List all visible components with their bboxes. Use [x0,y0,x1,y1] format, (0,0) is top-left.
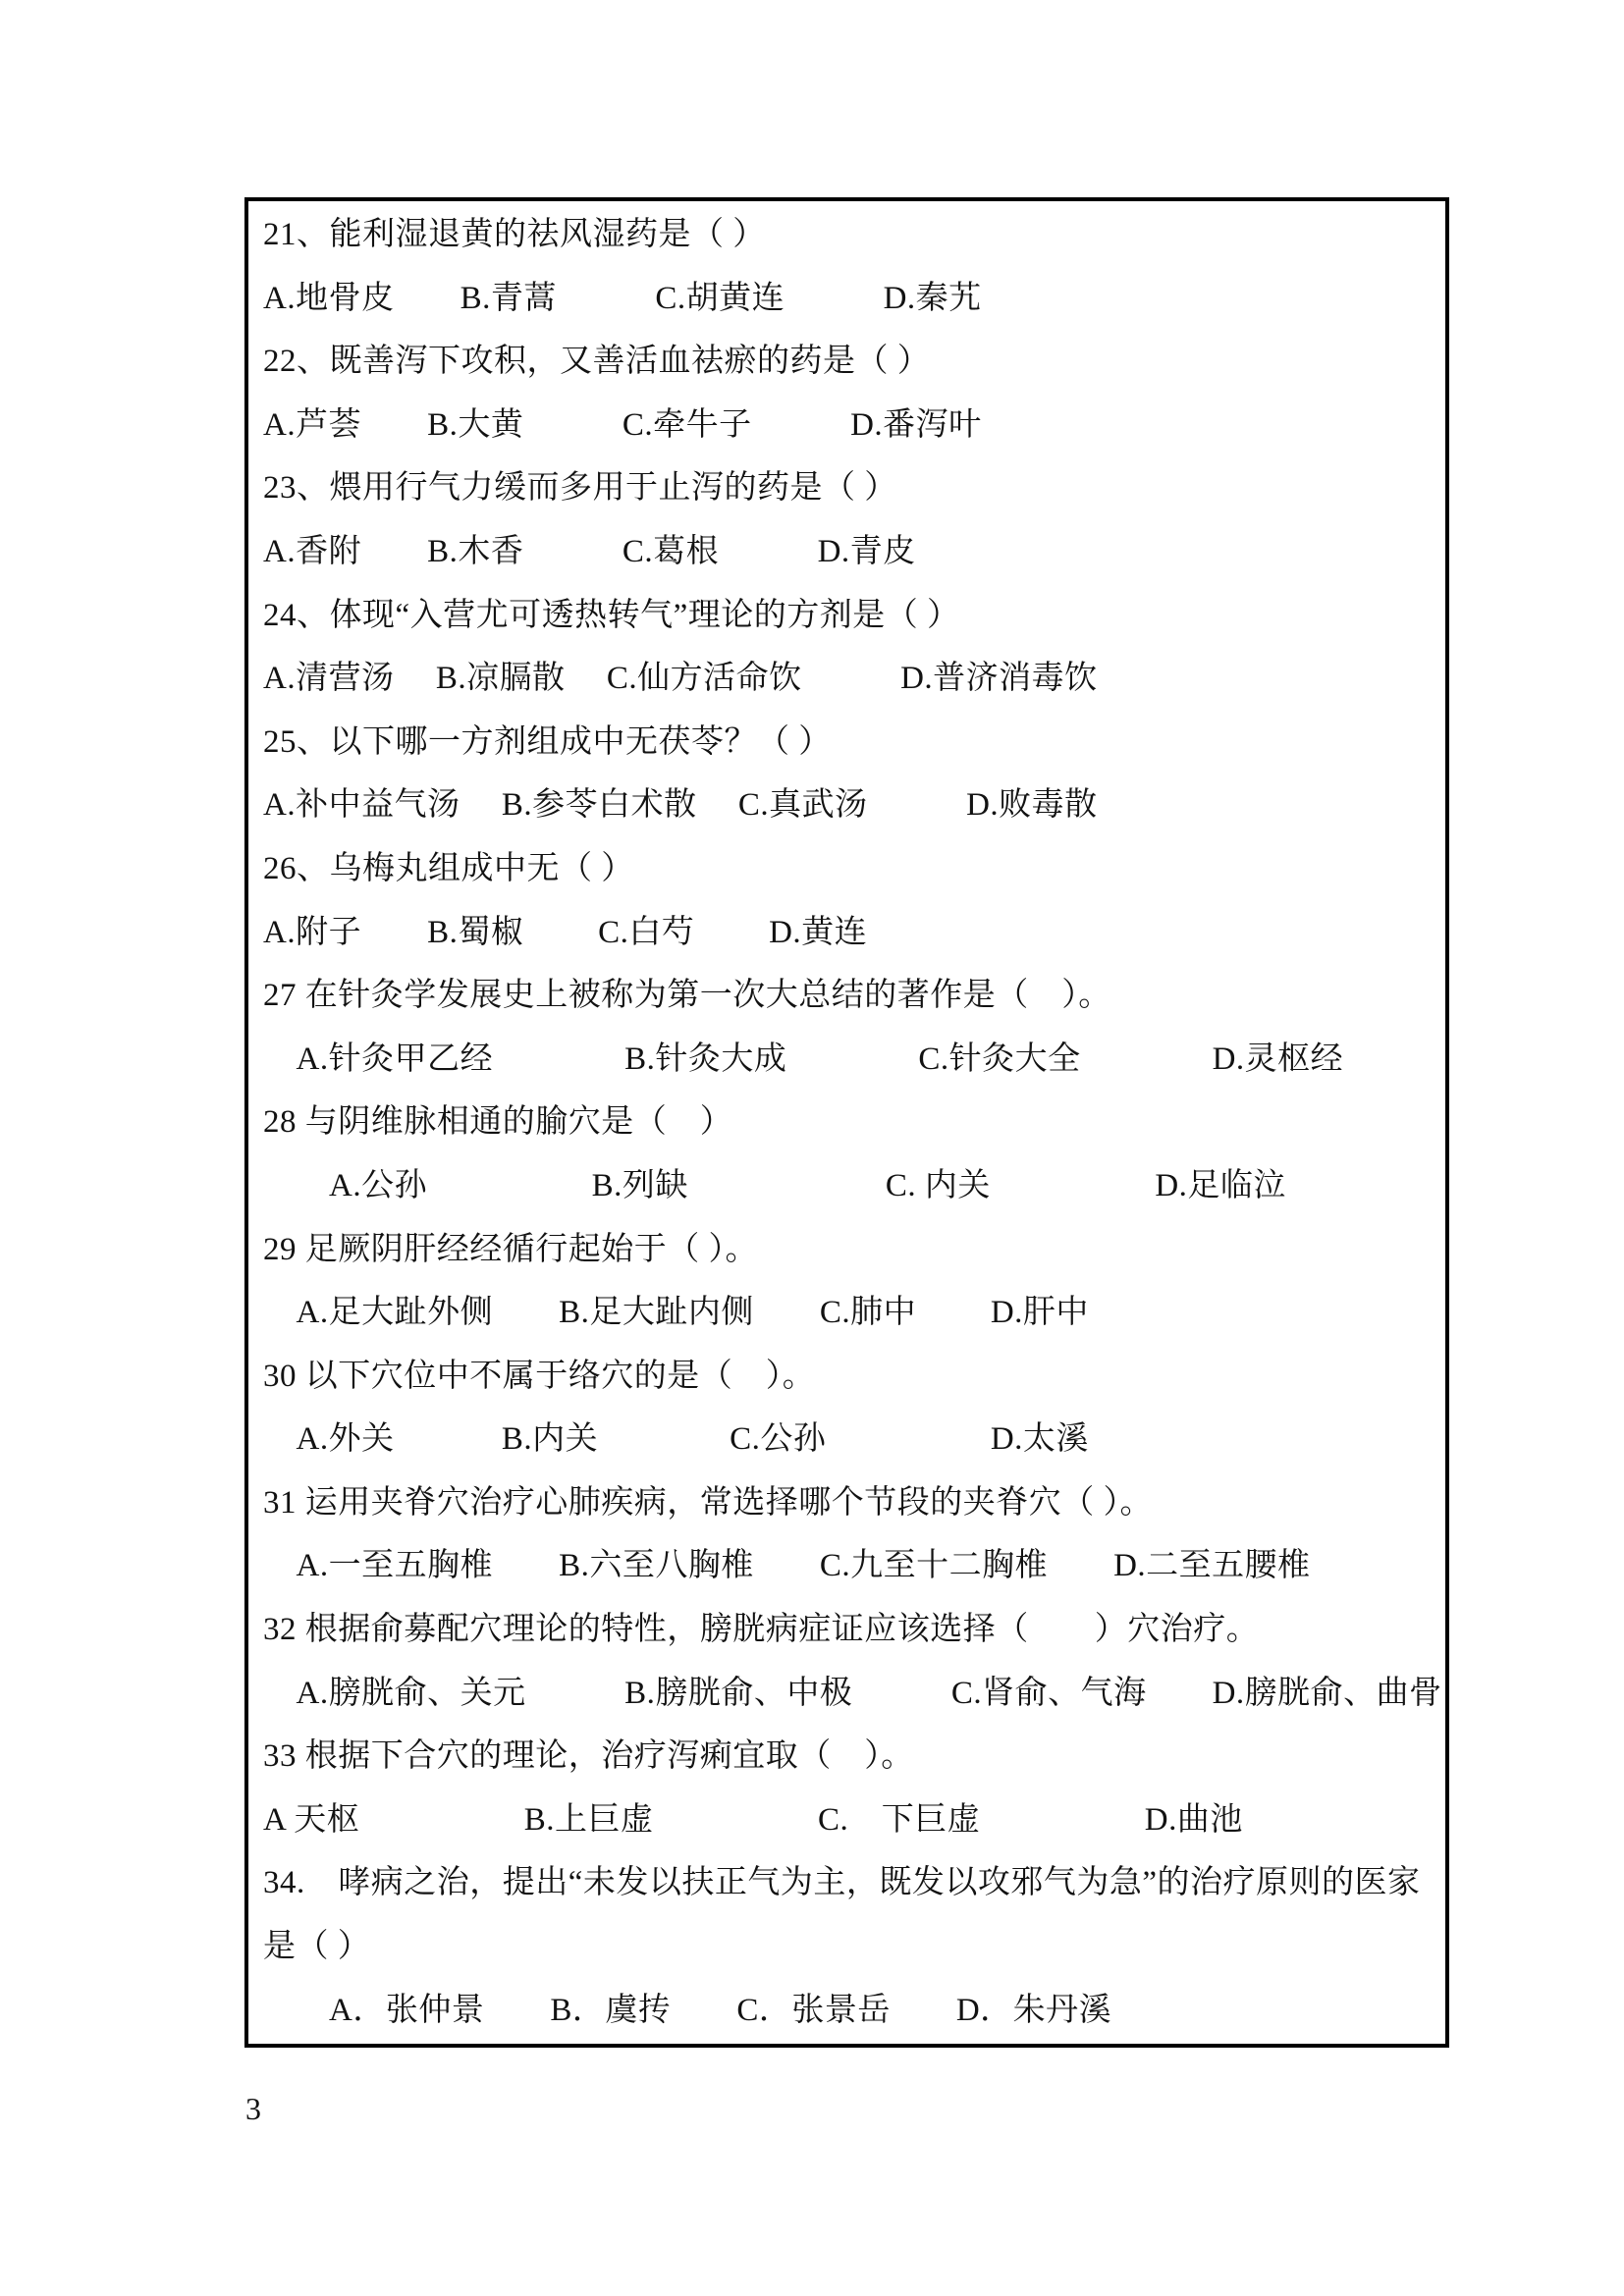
question-21: 21、能利湿退黄的祛风湿药是（ ） A.地骨皮 B.青蒿 C.胡黄连 D.秦艽 [263,203,1439,330]
question-33: 33 根据下合穴的理论，治疗泻痢宜取（ ）。 A 天枢 B.上巨虚 C. 下巨虚… [263,1725,1439,1851]
question-34-stem-line1: 34. 哮病之治，提出“未发以扶正气为主，既发以攻邪气为急”的治疗原则的医家 [263,1851,1439,1915]
question-24: 24、体现“入营尤可透热转气”理论的方剂是（ ） A.清营汤 B.凉膈散 C.仙… [263,584,1439,711]
question-32: 32 根据俞募配穴理论的特性，膀胱病症证应该选择（ ）穴治疗。 A.膀胱俞、关元… [263,1598,1439,1725]
question-25: 25、以下哪一方剂组成中无茯苓？（ ） A.补中益气汤 B.参苓白术散 C.真武… [263,711,1439,837]
question-30-options: A.外关 B.内关 C.公孙 D.太溪 [263,1408,1439,1471]
question-33-options: A 天枢 B.上巨虚 C. 下巨虚 D.曲池 [263,1789,1439,1852]
question-29: 29 足厥阴肝经经循行起始于（ ）。 A.足大趾外侧 B.足大趾内侧 C.肺中 … [263,1218,1439,1345]
question-28-options: A.公孙 B.列缺 C. 内关 D.足临泣 [263,1154,1439,1218]
question-31-options: A.一至五胸椎 B.六至八胸椎 C.九至十二胸椎 D.二至五腰椎 [263,1534,1439,1598]
question-23-stem: 23、煨用行气力缓而多用于止泻的药是（ ） [263,456,1439,520]
question-24-options: A.清营汤 B.凉膈散 C.仙方活命饮 D.普济消毒饮 [263,647,1439,711]
question-23: 23、煨用行气力缓而多用于止泻的药是（ ） A.香附 B.木香 C.葛根 D.青… [263,456,1439,583]
question-22: 22、既善泻下攻积，又善活血祛瘀的药是（ ） A.芦荟 B.大黄 C.牵牛子 D… [263,330,1439,456]
question-21-options: A.地骨皮 B.青蒿 C.胡黄连 D.秦艽 [263,267,1439,331]
question-29-stem: 29 足厥阴肝经经循行起始于（ ）。 [263,1218,1439,1282]
question-31-stem: 31 运用夹脊穴治疗心肺疾病，常选择哪个节段的夹脊穴（ ）。 [263,1471,1439,1535]
question-28: 28 与阴维脉相通的腧穴是（ ） A.公孙 B.列缺 C. 内关 D.足临泣 [263,1091,1439,1217]
question-22-options: A.芦荟 B.大黄 C.牵牛子 D.番泻叶 [263,394,1439,457]
question-34-options: A．张仲景 B．虞抟 C．张景岳 D．朱丹溪 [263,1979,1439,2043]
question-22-stem: 22、既善泻下攻积，又善活血祛瘀的药是（ ） [263,330,1439,394]
question-24-stem: 24、体现“入营尤可透热转气”理论的方剂是（ ） [263,584,1439,648]
question-34-stem-line2: 是（ ） [263,1915,1439,1979]
question-34: 34. 哮病之治，提出“未发以扶正气为主，既发以攻邪气为急”的治疗原则的医家 是… [263,1851,1439,2042]
question-27-options: A.针灸甲乙经 B.针灸大成 C.针灸大全 D.灵枢经 [263,1028,1439,1092]
question-28-stem: 28 与阴维脉相通的腧穴是（ ） [263,1091,1439,1154]
question-31: 31 运用夹脊穴治疗心肺疾病，常选择哪个节段的夹脊穴（ ）。 A.一至五胸椎 B… [263,1471,1439,1598]
question-26: 26、乌梅丸组成中无（ ） A.附子 B.蜀椒 C.白芍 D.黄连 [263,837,1439,964]
question-27-stem: 27 在针灸学发展史上被称为第一次大总结的著作是（ ）。 [263,964,1439,1028]
question-27: 27 在针灸学发展史上被称为第一次大总结的著作是（ ）。 A.针灸甲乙经 B.针… [263,964,1439,1091]
question-sheet-border: 21、能利湿退黄的祛风湿药是（ ） A.地骨皮 B.青蒿 C.胡黄连 D.秦艽 … [244,197,1449,2048]
question-21-stem: 21、能利湿退黄的祛风湿药是（ ） [263,203,1439,267]
question-26-stem: 26、乌梅丸组成中无（ ） [263,837,1439,901]
question-29-options: A.足大趾外侧 B.足大趾内侧 C.肺中 D.肝中 [263,1281,1439,1345]
question-32-options: A.膀胱俞、关元 B.膀胱俞、中极 C.肾俞、气海 D.膀胱俞、曲骨 [263,1662,1439,1726]
question-32-stem: 32 根据俞募配穴理论的特性，膀胱病症证应该选择（ ）穴治疗。 [263,1598,1439,1662]
question-26-options: A.附子 B.蜀椒 C.白芍 D.黄连 [263,901,1439,965]
question-33-stem: 33 根据下合穴的理论，治疗泻痢宜取（ ）。 [263,1725,1439,1789]
question-25-options: A.补中益气汤 B.参苓白术散 C.真武汤 D.败毒散 [263,774,1439,837]
exam-document-page: 21、能利湿退黄的祛风湿药是（ ） A.地骨皮 B.青蒿 C.胡黄连 D.秦艽 … [0,0,1624,2296]
question-23-options: A.香附 B.木香 C.葛根 D.青皮 [263,520,1439,584]
page-number: 3 [245,2089,261,2128]
question-25-stem: 25、以下哪一方剂组成中无茯苓？（ ） [263,711,1439,774]
question-30-stem: 30 以下穴位中不属于络穴的是（ ）。 [263,1345,1439,1409]
question-30: 30 以下穴位中不属于络穴的是（ ）。 A.外关 B.内关 C.公孙 D.太溪 [263,1345,1439,1471]
